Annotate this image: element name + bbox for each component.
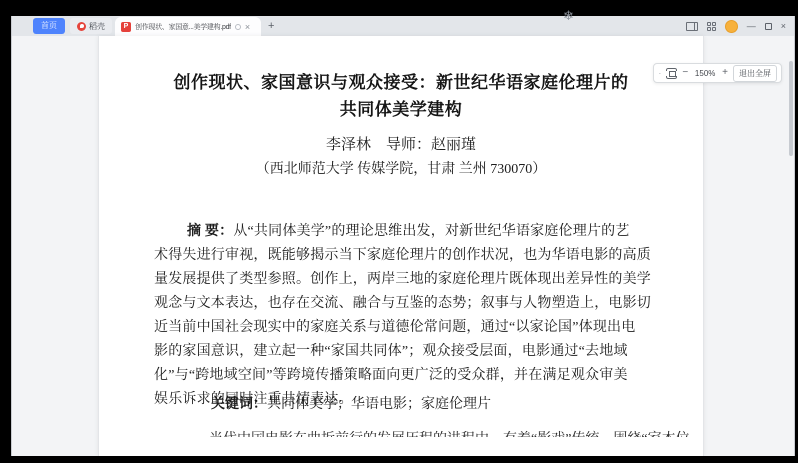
zoom-in-button[interactable]: + xyxy=(722,68,728,78)
fit-screen-icon[interactable] xyxy=(666,68,677,79)
clipped-body-line: 当代中国电影在曲折前行的发展历程的进程中，有着“影戏”传统、围绕“家本位” xyxy=(209,428,689,437)
tab-document-active[interactable]: P 创作现状、家国意...美学建构.pdf × xyxy=(115,17,261,36)
apps-grid-icon[interactable] xyxy=(707,22,716,31)
pdf-file-icon: P xyxy=(121,22,131,32)
abstract-line: 术得失进行审视，既能够揭示当下家庭伦理片的创作状况，也为华语电影的高质 xyxy=(154,244,654,268)
maximize-button[interactable] xyxy=(765,23,772,30)
document-view: · − 150% + 退出全屏 创作现状、家国意识与观众接受：新世纪华语家庭伦理… xyxy=(12,36,794,456)
affiliation-line: （西北师范大学 传媒学院，甘肃 兰州 730070） xyxy=(99,158,703,178)
docer-tab-label: 稻壳 xyxy=(89,21,105,32)
close-tab-icon[interactable]: × xyxy=(245,22,250,32)
zoom-level-value: 150% xyxy=(693,69,717,78)
paper-title-line1: 创作现状、家国意识与观众接受：新世纪华语家庭伦理片的 xyxy=(99,68,703,93)
tab-docer[interactable]: 稻壳 xyxy=(70,18,112,34)
zoom-toolbar: · − 150% + 退出全屏 xyxy=(653,63,782,83)
keywords-line: 关键词：共同体美学；华语电影；家庭伦理片 xyxy=(211,393,491,413)
window-controls: — × xyxy=(686,16,786,36)
abstract-label: 摘 要： xyxy=(187,224,233,239)
snowflake-icon: ❄ xyxy=(563,8,574,24)
abstract-line: 量发展提供了类型参照。创作上，两岸三地的家庭伦理片既体现出差异性的美学 xyxy=(154,268,654,292)
abstract-line: 摘 要：从“共同体美学”的理论思维出发，对新世纪华语家庭伦理片的艺 xyxy=(154,220,654,244)
doc-tab-title: 创作现状、家国意...美学建构.pdf xyxy=(135,22,231,32)
abstract-line: 近当前中国社会现实中的家庭关系与道德伦常问题，通过“以家论国”体现出电 xyxy=(154,316,654,340)
exit-fullscreen-button[interactable]: 退出全屏 xyxy=(733,65,777,82)
toolbar-handle-icon[interactable]: · xyxy=(658,68,661,78)
sync-status-icon xyxy=(235,24,241,30)
home-button[interactable]: 首页 xyxy=(33,18,65,34)
vertical-scrollbar[interactable] xyxy=(789,61,793,156)
docer-icon xyxy=(77,22,86,31)
paper-title-line2: 共同体美学建构 xyxy=(99,95,703,120)
close-window-button[interactable]: × xyxy=(781,21,786,31)
zoom-out-button[interactable]: − xyxy=(682,68,688,78)
split-view-icon[interactable] xyxy=(686,22,698,31)
minimize-button[interactable]: — xyxy=(747,21,756,31)
wps-window: 首页 稻壳 P 创作现状、家国意...美学建构.pdf × + — × · − xyxy=(11,16,795,456)
abstract-line: 化”与“跨地域空间”等跨境传播策略面向更广泛的受众群，并在满足观众审美 xyxy=(154,364,654,388)
user-avatar[interactable] xyxy=(725,20,738,33)
new-tab-button[interactable]: + xyxy=(268,20,274,32)
keywords-label: 关键词： xyxy=(211,397,267,412)
tab-bar: 首页 稻壳 P 创作现状、家国意...美学建构.pdf × + — × xyxy=(12,16,794,36)
pdf-page: 创作现状、家国意识与观众接受：新世纪华语家庭伦理片的 共同体美学建构 李泽林 导… xyxy=(98,36,704,456)
abstract-line: 观念与文本表达，也存在交流、融合与互鉴的态势；叙事与人物塑造上，电影切 xyxy=(154,292,654,316)
abstract-line: 影的家国意识，建立起一种“家国共同体”；观众接受层面，电影通过“去地域 xyxy=(154,340,654,364)
author-line: 李泽林 导师：赵丽瑾 xyxy=(99,133,703,154)
